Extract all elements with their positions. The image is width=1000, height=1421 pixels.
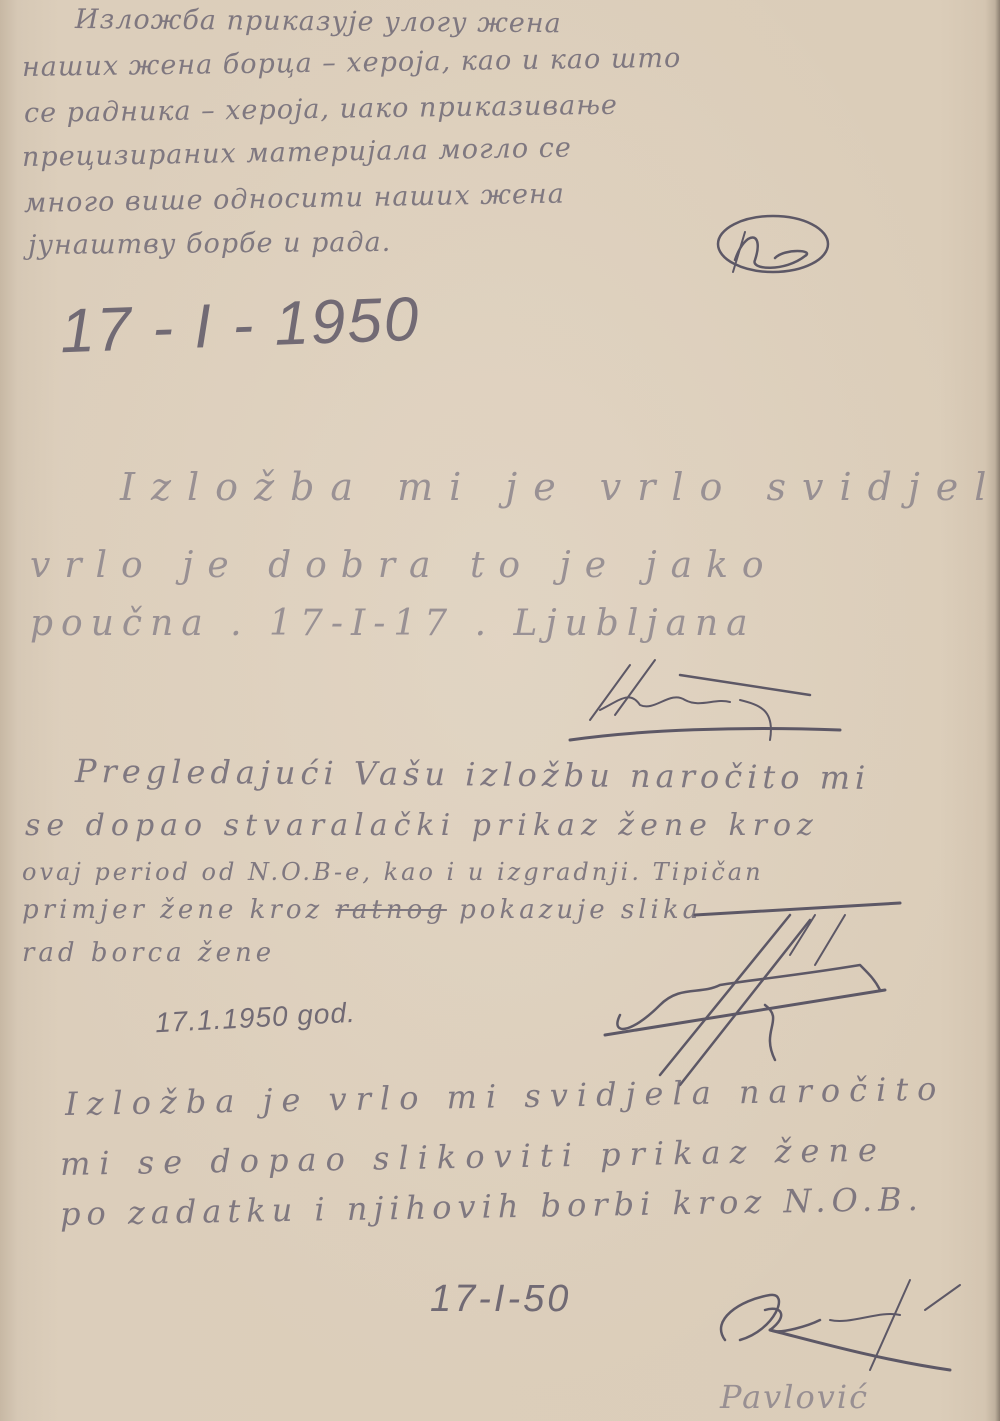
entry-1-line-6: јунаштву борбе и рада.	[28, 227, 392, 261]
entry-2-line-1: Izložba mi je vrlo svidjela	[120, 465, 1000, 509]
entry-3-line-6: rad borca žene	[22, 938, 275, 968]
struck-word: ratnog	[335, 895, 446, 925]
entry-3-line-1: Pregledajući Vašu izložbu naročito mi	[75, 752, 871, 797]
entry-4-signature-sub: Pavlović	[720, 1378, 869, 1416]
entry-2-line-2: vrlo je dobra to je jako	[30, 545, 778, 586]
entry-1-date: 17 - I - 1950	[59, 284, 422, 368]
monogram-signature-icon	[705, 210, 845, 290]
entry-1-line-1: Изложба приказује улогу жена	[75, 4, 562, 39]
entry-3-line-2: se dopao stvaralački prikaz žene kroz	[25, 808, 819, 843]
signature-entry-2-icon	[560, 650, 840, 750]
entry-3-line-3: ovaj period od N.O.B-e, kao i u izgradnj…	[22, 858, 764, 886]
entry-4-date: 17-I-50	[430, 1278, 571, 1321]
signature-entry-3-icon	[600, 895, 900, 1095]
entry-2-line-3: poučna . 17-I-17 . Ljubljana	[30, 603, 756, 644]
